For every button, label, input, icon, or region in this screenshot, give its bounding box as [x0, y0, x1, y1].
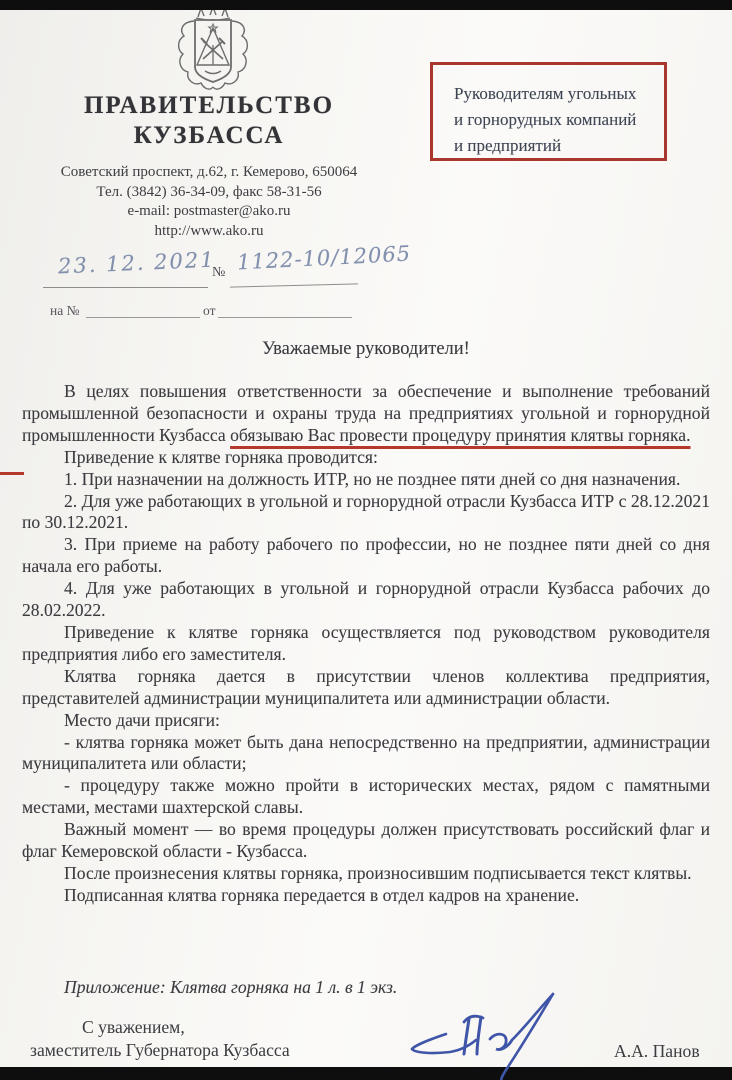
lead-paragraph: В целях повышения ответственности за обе… [22, 381, 710, 447]
kuzbass-coat-of-arms-icon [167, 5, 259, 98]
recipient-line: и горнорудных компаний [454, 107, 664, 133]
body-paragraph: Важный момент — во время процедуры долже… [22, 819, 710, 863]
org-address: Советский проспект, д.62, г. Кемерово, 6… [18, 163, 400, 183]
recipient-line: и предприятий [454, 133, 664, 159]
body-paragraph: Подписанная клятва горняка передается в … [22, 885, 710, 907]
body-paragraph: 2. Для уже работающих в угольной и горно… [22, 491, 710, 535]
handwritten-outgoing-number: 1122-10/12065 [236, 241, 411, 274]
reply-from-label: от [203, 303, 215, 319]
letter-body: В целях повышения ответственности за обе… [22, 381, 710, 907]
body-paragraph: Место дачи присяги: [22, 710, 710, 732]
number-label: № [212, 265, 225, 281]
org-title: ПРАВИТЕЛЬСТВО КУЗБАССА [28, 91, 390, 151]
date-underline [43, 287, 208, 288]
closing-line: С уважением, [82, 1017, 185, 1038]
body-paragraph: Приведение к клятве горняка проводится: [22, 447, 710, 469]
body-paragraph: - клятва горняка может быть дана непосре… [22, 732, 710, 776]
body-paragraph: Приведение к клятве горняка осуществляет… [22, 622, 710, 666]
body-paragraph: 3. При приеме на работу рабочего по проф… [22, 534, 710, 578]
body-paragraph: 1. При назначении на должность ИТР, но н… [22, 469, 710, 491]
red-underline-left-extension [0, 472, 24, 475]
org-title-line2: КУЗБАССА [28, 121, 390, 151]
body-paragraph: 4. Для уже работающих в угольной и горно… [22, 578, 710, 622]
lead-paragraph-red-underlined: обязываю Вас провести процедуру принятия… [230, 425, 690, 445]
reply-no-label: на № [50, 303, 79, 319]
body-paragraph: После произнесения клятвы горняка, произ… [22, 863, 710, 885]
panov-signature-icon [406, 988, 581, 1080]
number-underline [230, 283, 358, 287]
org-email: e-mail: postmaster@ako.ru [18, 202, 400, 222]
scan-crop-bar-bottom [0, 1067, 732, 1080]
org-contact-block: Советский проспект, д.62, г. Кемерово, 6… [18, 163, 400, 241]
signer-name: А.А. Панов [614, 1041, 700, 1062]
salutation: Уважаемые руководители! [22, 339, 710, 360]
signer-position: заместитель Губернатора Кузбасса [30, 1040, 290, 1061]
recipient-line: Руководителям угольных [454, 81, 664, 107]
org-phone: Тел. (3842) 36-34-09, факс 58-31-56 [18, 183, 400, 203]
recipient-highlight-box: Руководителям угольных и горнорудных ком… [430, 62, 667, 161]
body-paragraph: - процедуру также можно пройти в историч… [22, 775, 710, 819]
handwritten-date: 23. 12. 2021 [58, 248, 216, 279]
reply-from-blank [218, 317, 352, 318]
scan-crop-bar-top [0, 0, 732, 10]
org-website: http://www.ako.ru [18, 222, 400, 242]
body-paragraph: Клятва горняка дается в присутствии член… [22, 666, 710, 710]
attachment-line: Приложение: Клятва горняка на 1 л. в 1 э… [22, 977, 710, 998]
letter-page: ПРАВИТЕЛЬСТВО КУЗБАССА Советский проспек… [0, 0, 732, 1080]
reply-no-blank [86, 317, 200, 318]
